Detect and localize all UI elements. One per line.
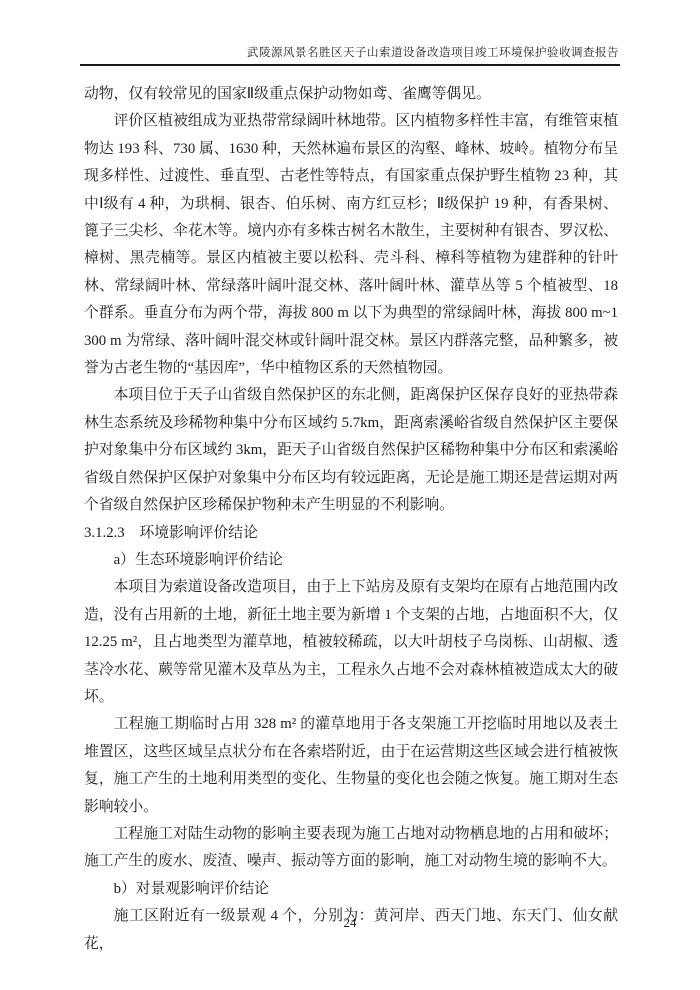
paragraph: 工程施工对陆生动物的影响主要表现为施工占地对动物栖息地的占用和破坏；施工产生的废… [84, 821, 618, 876]
paragraph: 本项目为索道设备改造项目，由于上下站房及原有支架均在原有占地范围内改造，没有占用… [84, 574, 618, 711]
document-body: 动物，仅有较常见的国家Ⅱ级重点保护动物如鸢、雀鹰等偶见。评价区植被组成为亚热带常… [84, 81, 618, 958]
paragraph: b）对景观影响评价结论 [84, 876, 618, 903]
paragraph: a）生态环境影响评价结论 [84, 547, 618, 574]
paragraph: 评价区植被组成为亚热带常绿阔叶林地带。区内植物多样性丰富，有维管束植物达 193… [84, 108, 618, 382]
header-rule [80, 64, 620, 66]
paragraph: 本项目位于天子山省级自然保护区的东北侧，距离保护区保存良好的亚热带森林生态系统及… [84, 382, 618, 519]
page-number: 24 [344, 915, 357, 930]
paragraph: 工程施工期临时占用 328 m² 的灌草地用于各支架施工开挖临时用地以及表土堆置… [84, 711, 618, 821]
document-page: 武陵源风景名胜区天子山索道设备改造项目竣工环境保护验收调查报告 动物，仅有较常见… [0, 0, 700, 990]
page-footer: 24 [0, 915, 700, 931]
section-heading: 3.1.2.3 环境影响评价结论 [84, 520, 618, 547]
paragraph: 动物，仅有较常见的国家Ⅱ级重点保护动物如鸢、雀鹰等偶见。 [84, 81, 618, 108]
running-header: 武陵源风景名胜区天子山索道设备改造项目竣工环境保护验收调查报告 [80, 44, 619, 60]
